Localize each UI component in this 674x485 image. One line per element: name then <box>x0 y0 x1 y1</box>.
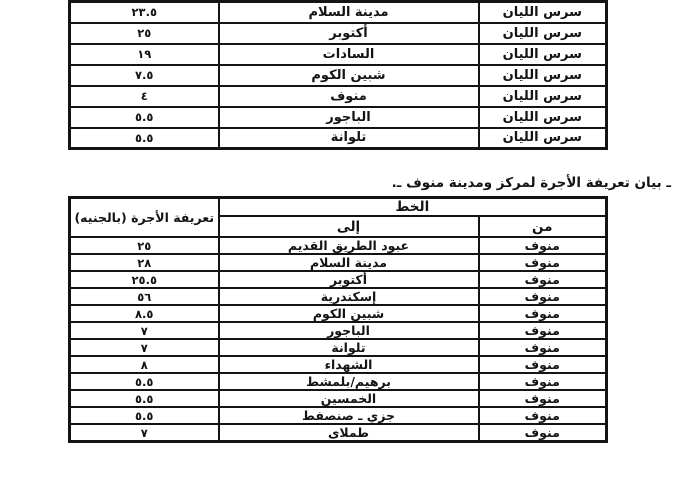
destination-cell: عبود الطريق القديم <box>219 237 479 254</box>
origin-cell: سرس الليان <box>479 44 607 65</box>
origin-cell: منوف <box>479 288 607 305</box>
origin-cell: منوف <box>479 271 607 288</box>
origin-cell: منوف <box>479 254 607 271</box>
fare-cell: ٥.٥ <box>70 407 219 424</box>
fare-cell: ٥.٥ <box>70 390 219 407</box>
fare-cell: ٢٨ <box>70 254 219 271</box>
destination-cell: منوف <box>219 86 479 107</box>
destination-cell: السادات <box>219 44 479 65</box>
origin-cell: سرس الليان <box>479 86 607 107</box>
fare-cell: ٥.٥ <box>70 373 219 390</box>
fare-cell: ٥.٥ <box>70 128 219 149</box>
fare-cell: ٧ <box>70 322 219 339</box>
destination-cell: الباجور <box>219 322 479 339</box>
destination-cell: إسكندرية <box>219 288 479 305</box>
section-title: ـ بيان تعريفة الأجرة لمركز ومدينة منوف ـ… <box>392 172 671 194</box>
table-row: سرس الليان مدينة السلام ٢٣.٥ <box>70 2 607 23</box>
origin-cell: منوف <box>479 424 607 442</box>
table-row: سرس الليان السادات ١٩ <box>70 44 607 65</box>
origin-cell: سرس الليان <box>479 2 607 23</box>
destination-cell: أكتوبر <box>219 23 479 44</box>
table-row: سرس الليان منوف ٤ <box>70 86 607 107</box>
origin-cell: منوف <box>479 373 607 390</box>
table-row: منوف الباجور ٧ <box>70 322 607 339</box>
fare-cell: ٢٣.٥ <box>70 2 219 23</box>
origin-cell: منوف <box>479 390 607 407</box>
destination-cell: تلوانة <box>219 339 479 356</box>
table-row: سرس الليان شبين الكوم ٧.٥ <box>70 65 607 86</box>
table-row: منوف الخمسين ٥.٥ <box>70 390 607 407</box>
table-row: منوف أكتوبر ٢٥.٥ <box>70 271 607 288</box>
menouf-fares-table: الخط تعريفة الأجرة (بالجنيه) من إلى منوف… <box>68 196 608 443</box>
table-row: منوف برهيم/بلمشط ٥.٥ <box>70 373 607 390</box>
destination-cell: مدينة السلام <box>219 2 479 23</box>
fare-cell: ٢٥.٥ <box>70 271 219 288</box>
destination-cell: برهيم/بلمشط <box>219 373 479 390</box>
fare-cell: ٤ <box>70 86 219 107</box>
table-row: منوف إسكندرية ٥٦ <box>70 288 607 305</box>
origin-cell: سرس الليان <box>479 107 607 128</box>
sers-ellyan-fares-table: سرس الليان مدينة السلام ٢٣.٥ سرس الليان … <box>68 0 608 150</box>
destination-cell: أكتوبر <box>219 271 479 288</box>
table-row: منوف تلوانة ٧ <box>70 339 607 356</box>
table-row: منوف الشهداء ٨ <box>70 356 607 373</box>
table-row: منوف شبين الكوم ٨.٥ <box>70 305 607 322</box>
table-row: سرس الليان أكتوبر ٢٥ <box>70 23 607 44</box>
fare-cell: ٧.٥ <box>70 65 219 86</box>
fare-cell: ٥.٥ <box>70 107 219 128</box>
destination-cell: الباجور <box>219 107 479 128</box>
table-row: سرس الليان تلوانة ٥.٥ <box>70 128 607 149</box>
fare-cell: ٨ <box>70 356 219 373</box>
origin-cell: منوف <box>479 237 607 254</box>
fare-cell: ٢٥ <box>70 23 219 44</box>
fare-cell: ٥٦ <box>70 288 219 305</box>
table-row: منوف جزي ـ صنصفط ٥.٥ <box>70 407 607 424</box>
destination-cell: جزي ـ صنصفط <box>219 407 479 424</box>
origin-cell: سرس الليان <box>479 23 607 44</box>
table-row: سرس الليان الباجور ٥.٥ <box>70 107 607 128</box>
fare-cell: ١٩ <box>70 44 219 65</box>
to-header-cell: إلى <box>219 216 479 237</box>
origin-cell: منوف <box>479 356 607 373</box>
destination-cell: طملاى <box>219 424 479 442</box>
destination-cell: الخمسين <box>219 390 479 407</box>
destination-cell: شبين الكوم <box>219 305 479 322</box>
destination-cell: الشهداء <box>219 356 479 373</box>
destination-cell: تلوانة <box>219 128 479 149</box>
fare-header-cell: تعريفة الأجرة (بالجنيه) <box>70 198 219 238</box>
fare-cell: ٢٥ <box>70 237 219 254</box>
origin-cell: سرس الليان <box>479 65 607 86</box>
origin-cell: سرس الليان <box>479 128 607 149</box>
table-row: منوف مدينة السلام ٢٨ <box>70 254 607 271</box>
fare-cell: ٧ <box>70 339 219 356</box>
fare-cell: ٨.٥ <box>70 305 219 322</box>
origin-cell: منوف <box>479 339 607 356</box>
origin-cell: منوف <box>479 322 607 339</box>
table-row: منوف طملاى ٧ <box>70 424 607 442</box>
from-header-cell: من <box>479 216 607 237</box>
destination-cell: شبين الكوم <box>219 65 479 86</box>
destination-cell: مدينة السلام <box>219 254 479 271</box>
document-page: سرس الليان مدينة السلام ٢٣.٥ سرس الليان … <box>0 0 674 485</box>
table-row: منوف عبود الطريق القديم ٢٥ <box>70 237 607 254</box>
table-header-row: الخط تعريفة الأجرة (بالجنيه) <box>70 198 607 217</box>
fare-cell: ٧ <box>70 424 219 442</box>
origin-cell: منوف <box>479 407 607 424</box>
line-header-cell: الخط <box>219 198 607 217</box>
origin-cell: منوف <box>479 305 607 322</box>
